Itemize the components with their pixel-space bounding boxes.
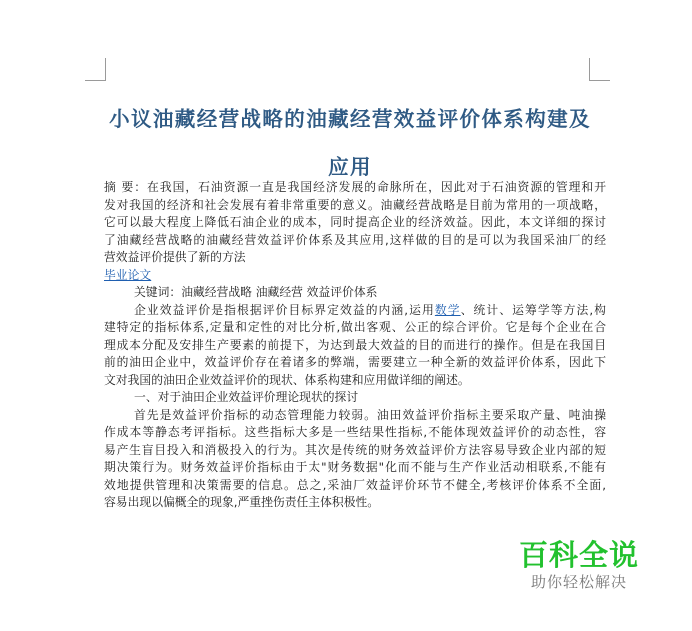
abstract-line: 它可以最大程度上降低石油企业的成本，同时提高企业的经济效益。因此，本文详细的探讨 [104, 214, 606, 232]
paragraph2-line: 容易出现以偏概全的现象,严重挫伤责任主体积极性。 [104, 494, 606, 512]
section1-heading: 一、对于油田企业效益评价理论现状的探讨 [104, 389, 606, 407]
paragraph2-line: 首先是效益评价指标的动态管理能力较弱。油田效益评价指标主要采取产量、吨油操 [104, 407, 606, 425]
paragraph2-line: 易产生盲目投入和消极投入的行为。其次是传统的财务效益评价方法容易导致企业内部的短 [104, 442, 606, 460]
watermark-logo: 百科全说 助你轻松解决 [514, 538, 644, 592]
watermark-brand: 百科全说 [514, 538, 644, 572]
abstract-line: 营效益评价提供了新的方法 [104, 249, 606, 267]
paragraph1-line: 建特定的指标体系,定量和定性的对比分析,做出客观、公正的综合评价。它是每个企业在… [104, 319, 606, 337]
abstract-line: 了油藏经营战略的油藏经营效益评价体系及其应用,这样做的目的是可以为我国采油厂的经 [104, 232, 606, 250]
document-title-line1: 小议油藏经营战略的油藏经营效益评价体系构建及 [95, 102, 605, 132]
paragraph1-text: 、统计、运筹学等方法,构 [461, 303, 606, 317]
keywords: 关键词：油藏经营战略 油藏经营 效益评价体系 [104, 284, 606, 302]
paragraph2-line: 效地提供管理和决策需要的信息。总之,采油厂效益评价环节不健全,考核评价体系不全面… [104, 477, 606, 495]
paragraph2-line: 作成本等静态考评指标。这些指标大多是一些结果性指标,不能体现效益评价的动态性，容 [104, 424, 606, 442]
paragraph1-line: 前的油田企业中，效益评价存在着诸多的弊端，需要建立一种全新的效益评价体系，因此下 [104, 354, 606, 372]
page-corner-mark-top-right [589, 58, 610, 81]
math-link[interactable]: 数学 [435, 303, 461, 317]
paragraph1-line: 理成本分配及安排生产要素的前提下，为达到最大效益的目的而进行的操作。但是在我国目 [104, 337, 606, 355]
document-body: 摘 要：在我国，石油资源一直是我国经济发展的命脉所在，因此对于石油资源的管理和开… [104, 179, 606, 512]
document-title-line2: 应用 [95, 150, 605, 180]
paragraph1-text: 企业效益评价是指根据评价目标界定效益的内涵,运用 [134, 303, 435, 317]
page-corner-mark-top-left [85, 58, 106, 81]
paragraph2-line: 期决策行为。财务效益评价指标由于太"财务数据"化而不能与生产作业活动相联系,不能… [104, 459, 606, 477]
paragraph1-line1: 企业效益评价是指根据评价目标界定效益的内涵,运用数学、统计、运筹学等方法,构 [104, 302, 606, 320]
watermark-slogan: 助你轻松解决 [514, 572, 644, 592]
category-link[interactable]: 毕业论文 [104, 268, 151, 282]
abstract-line: 摘 要：在我国，石油资源一直是我国经济发展的命脉所在，因此对于石油资源的管理和开 [104, 179, 606, 197]
paragraph1-line: 文对我国的油田企业效益评价的现状、体系构建和应用做详细的阐述。 [104, 372, 606, 390]
abstract-line: 发对我国的经济和社会发展有着非常重要的意义。油藏经营战略是目前为常用的一项战略， [104, 197, 606, 215]
